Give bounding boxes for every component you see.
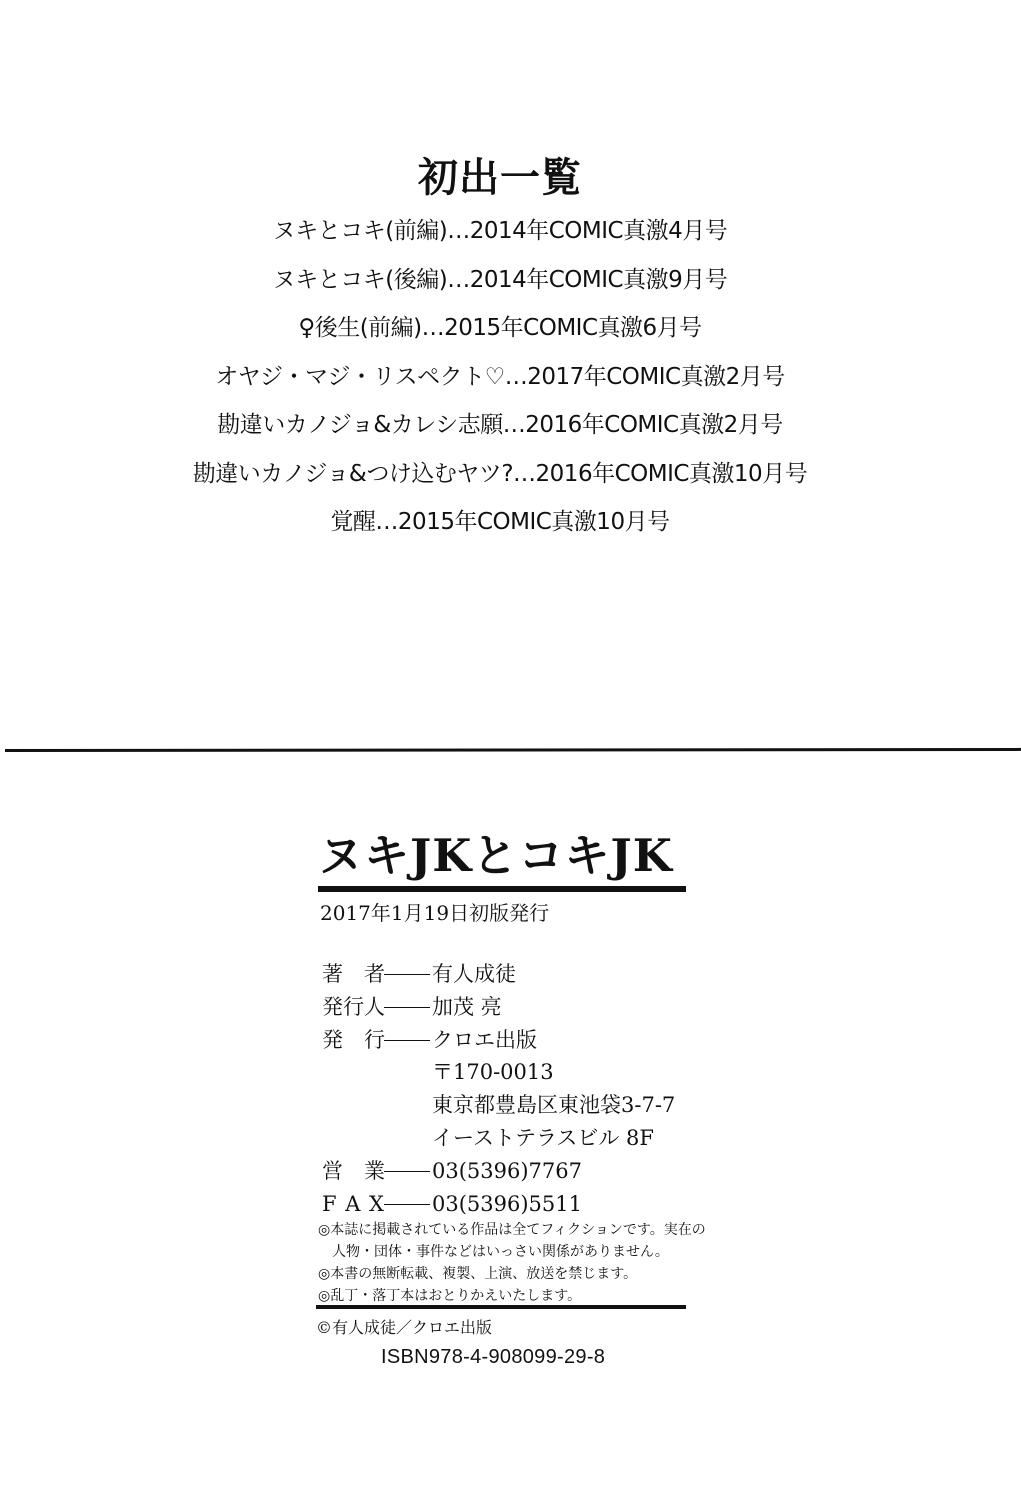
dash-rule <box>384 1204 430 1205</box>
title-rule <box>318 886 686 892</box>
credit-value: 加茂 亮 <box>432 991 502 1024</box>
list-item: 勘違いカノジョ&カレシ志願…2016年COMIC真激2月号 <box>0 405 1000 454</box>
address: 東京都豊島区東池袋3-7-7 <box>322 1089 675 1122</box>
credit-value: 03(5396)5511 <box>432 1188 582 1221</box>
bottom-rule <box>316 1305 686 1309</box>
notice-item: ◎本書の無断転載、複製、上演、放送を禁じます。 <box>318 1263 706 1285</box>
list-item: 勘違いカノジョ&つけ込むヤツ?…2016年COMIC真激10月号 <box>0 454 1000 503</box>
section-divider <box>5 748 1021 752</box>
credit-author: 著 者 有人成徒 <box>322 958 675 991</box>
notices-list: ◎本誌に掲載されている作品は全てフィクションです。実在の 人物・団体・事件などは… <box>318 1219 706 1307</box>
edition-date: 2017年1月19日初版発行 <box>320 897 549 926</box>
list-item: ♀後生(前編)…2015年COMIC真激6月号 <box>0 308 1000 357</box>
first-appearance-section: 初出一覧 ヌキとコキ(前編)…2014年COMIC真激4月号 ヌキとコキ(後編)… <box>0 0 1021 740</box>
list-item: ヌキとコキ(後編)…2014年COMIC真激9月号 <box>0 260 1000 309</box>
credit-sales: 営 業 03(5396)7767 <box>322 1155 675 1188</box>
credit-label: 著 者 <box>322 958 384 991</box>
credit-label: 発 行 <box>322 1024 384 1057</box>
credit-publisher-person: 発行人 加茂 亮 <box>322 991 675 1024</box>
list-item: 覚醒…2015年COMIC真激10月号 <box>0 502 1000 551</box>
dash-rule <box>384 974 430 975</box>
dash-rule <box>384 1171 430 1172</box>
first-appearance-title: 初出一覧 <box>0 146 1000 203</box>
dash-rule <box>384 1007 430 1008</box>
credit-value: 有人成徒 <box>432 958 516 991</box>
credit-publisher: 発 行 クロエ出版 <box>322 1024 675 1057</box>
credit-label: 営 業 <box>322 1155 384 1188</box>
credit-value: 03(5396)7767 <box>432 1155 582 1188</box>
credit-label: F A X <box>322 1188 384 1221</box>
list-item: オヤジ・マジ・リスペクト♡…2017年COMIC真激2月号 <box>0 357 1000 406</box>
building: イーストテラスビル 8F <box>322 1122 675 1155</box>
first-appearance-list: ヌキとコキ(前編)…2014年COMIC真激4月号 ヌキとコキ(後編)…2014… <box>0 211 1000 551</box>
list-item: ヌキとコキ(前編)…2014年COMIC真激4月号 <box>0 211 1000 260</box>
book-title: ヌキJKとコキJK <box>318 819 673 884</box>
credit-label: 発行人 <box>322 991 384 1024</box>
credit-fax: F A X 03(5396)5511 <box>322 1188 675 1221</box>
postal-code: 〒170-0013 <box>322 1056 675 1089</box>
notice-item: 人物・団体・事件などはいっさい関係がありません。 <box>318 1241 706 1263</box>
notice-item: ◎乱丁・落丁本はおとりかえいたします。 <box>318 1285 706 1307</box>
dash-rule <box>384 1040 430 1041</box>
copyright: ©有人成徒／クロエ出版 <box>316 1315 492 1338</box>
notice-item: ◎本誌に掲載されている作品は全てフィクションです。実在の <box>318 1219 706 1241</box>
isbn: ISBN978-4-908099-29-8 <box>381 1346 605 1369</box>
credit-value: クロエ出版 <box>432 1024 537 1057</box>
credits-list: 著 者 有人成徒 発行人 加茂 亮 発 行 クロエ出版 〒170-0013 東京… <box>322 958 675 1220</box>
